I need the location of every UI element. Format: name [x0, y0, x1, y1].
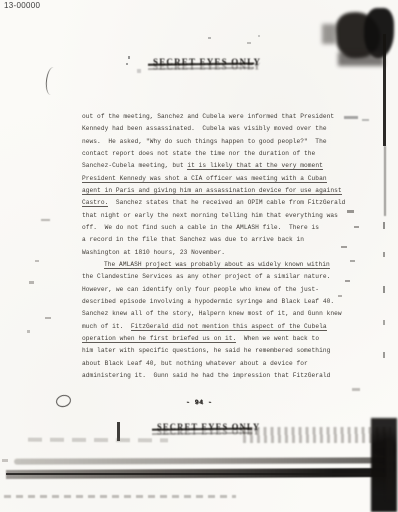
text-line: agent in Paris and giving him an assassi… [82, 185, 350, 197]
text-segment: contact report does not state the time n… [82, 150, 315, 157]
secret-stamp-bottom: SECRET EYES ONLY [157, 422, 247, 433]
scan-artifact [45, 67, 58, 96]
text-segment: Washington at 1810 hours, 23 November. [82, 249, 225, 256]
scan-artifact [338, 52, 384, 66]
scan-artifact [258, 35, 260, 37]
text-segment: However, we can identify only four peopl… [82, 286, 319, 293]
text-line: administering it. Gunn said he had the i… [82, 370, 350, 382]
text-line: Washington at 1810 hours, 23 November. [82, 247, 350, 259]
underlined-text-segment: FitzGerald did not mention this aspect o… [131, 323, 327, 331]
text-line: contact report does not state the time n… [82, 148, 350, 160]
text-line: Kennedy had been assassinated. Cubela wa… [82, 123, 350, 135]
scan-artifact [383, 320, 385, 325]
scan-artifact [350, 260, 355, 262]
text-segment: the Clandestine Services as any other pr… [82, 273, 330, 280]
secret-stamp-top: SECRET EYES ONLY [153, 57, 249, 68]
text-segment: that night or early the next morning tel… [82, 212, 338, 219]
underlined-text-segment: The AMLASH project was probably about as… [104, 261, 330, 269]
document-corner-id: 13-00000 [4, 1, 40, 10]
text-line: operation when he first briefed us on it… [82, 333, 350, 345]
scan-artifact [383, 252, 385, 257]
text-segment: out of the meeting, Sanchez and Cubela w… [82, 113, 334, 120]
scan-artifact [384, 146, 386, 216]
scan-artifact [41, 219, 50, 221]
text-segment: news. He asked, "Why do such things happ… [82, 138, 327, 145]
scan-artifact [243, 427, 391, 443]
scan-artifact [362, 119, 369, 121]
scan-artifact [383, 352, 385, 358]
underlined-text-segment: Castro. [82, 199, 108, 207]
scan-artifact [354, 226, 359, 228]
text-segment: Sanchez knew all of the story, Halpern k… [82, 310, 342, 317]
text-line: Castro. Sanchez states that he received … [82, 197, 350, 209]
text-line: the Clandestine Services as any other pr… [82, 271, 350, 283]
text-segment: Kennedy had been assassinated. Cubela wa… [82, 125, 327, 132]
text-segment: Sanchez-Cubela meeting, but [82, 162, 187, 169]
scan-artifact [45, 317, 51, 319]
scan-artifact [4, 495, 236, 498]
scan-artifact [27, 330, 30, 333]
underlined-text-segment: President Kennedy was shot a CIA officer… [82, 175, 327, 183]
text-segment: about Black Leaf 40, but nothing whateve… [82, 360, 308, 367]
scanned-document-page: 13-00000 SECRET EYES ONLY out of the mee… [0, 0, 398, 512]
text-segment: administering it. Gunn said he had the i… [82, 372, 330, 379]
text-line: described episode involving a hypodermic… [82, 296, 350, 308]
scan-artifact [29, 281, 34, 284]
scan-artifact [364, 8, 394, 58]
page-number: - 94 - [0, 399, 398, 406]
underlined-text-segment: operation when he first briefed us on it… [82, 335, 236, 343]
scan-artifact [383, 222, 385, 229]
scan-artifact [35, 260, 39, 262]
text-segment: a record in the file that Sanchez was du… [82, 236, 304, 243]
scan-artifact [117, 422, 120, 441]
underlined-text-segment: agent in Paris and giving him an assassi… [82, 187, 342, 195]
text-line: President Kennedy was shot a CIA officer… [82, 173, 350, 185]
text-line: Sanchez-Cubela meeting, but it is likely… [82, 160, 350, 172]
text-line: him later with specific questions, he sa… [82, 345, 350, 357]
scan-artifact [322, 24, 336, 44]
scan-artifact [383, 286, 385, 293]
text-segment: much of it. [82, 323, 131, 330]
scan-artifact [386, 440, 394, 500]
text-segment: When we went back to [236, 335, 319, 342]
text-segment: described episode involving a hypodermic… [82, 298, 334, 305]
underlined-text-segment: it is likely that at the very moment [187, 162, 322, 170]
text-line: The AMLASH project was probably about as… [82, 259, 350, 271]
scan-artifact [352, 388, 360, 391]
scan-artifact [383, 34, 386, 146]
text-line: out of the meeting, Sanchez and Cubela w… [82, 111, 350, 123]
text-line: off. We do not find such a cable in the … [82, 222, 350, 234]
scan-artifact [371, 418, 397, 512]
text-segment: off. We do not find such a cable in the … [82, 224, 319, 231]
scan-artifact [6, 468, 392, 479]
scan-artifact [334, 11, 381, 60]
scan-artifact [128, 56, 130, 59]
text-line: that night or early the next morning tel… [82, 210, 350, 222]
text-segment: him later with specific questions, he sa… [82, 347, 330, 354]
scan-artifact [2, 459, 8, 462]
text-segment: Sanchez states that he received an OPIM … [108, 199, 345, 206]
text-line: news. He asked, "Why do such things happ… [82, 136, 350, 148]
text-line: Sanchez knew all of the story, Halpern k… [82, 308, 350, 320]
scan-artifact [6, 473, 392, 475]
scan-artifact [28, 438, 168, 443]
scan-artifact [126, 63, 128, 65]
body-text: out of the meeting, Sanchez and Cubela w… [82, 111, 350, 382]
text-line: about Black Leaf 40, but nothing whateve… [82, 358, 350, 370]
scan-artifact [137, 69, 141, 73]
scan-artifact [247, 42, 251, 44]
scan-artifact [208, 37, 211, 39]
text-line: However, we can identify only four peopl… [82, 284, 350, 296]
text-line: much of it. FitzGerald did not mention t… [82, 321, 350, 333]
scan-artifact [14, 457, 386, 464]
text-line: a record in the file that Sanchez was du… [82, 234, 350, 246]
